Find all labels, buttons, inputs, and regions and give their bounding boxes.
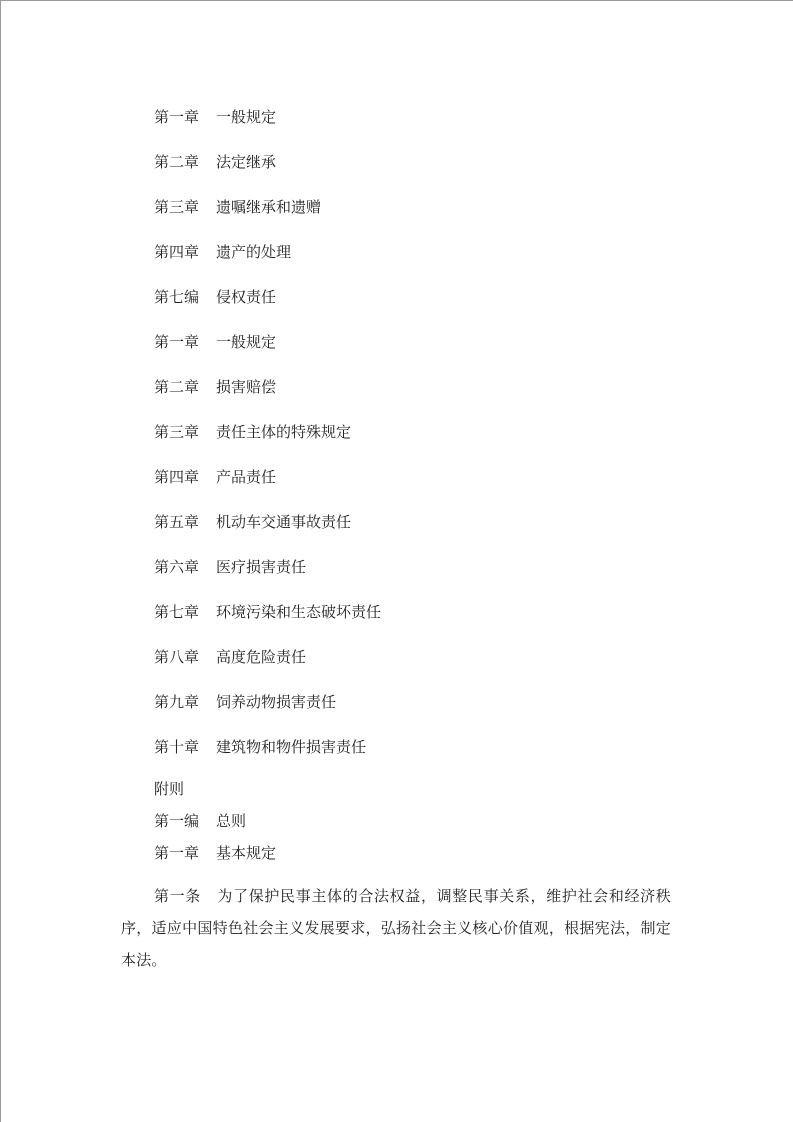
article-text: 为了保护民事主体的合法权益，调整民事关系，维护社会和经济秩序，适应中国特色社会主… [121,887,671,969]
article-number: 第一条 [154,887,201,905]
toc-item: 第十章建筑物和物件损害责任 [154,736,381,781]
toc-item: 第七章环境污染和生态破坏责任 [154,601,381,646]
toc-item: 第七编侵权责任 [154,286,381,331]
part-heading: 第一编总则 [154,810,276,842]
toc-item: 第九章饲养动物损害责任 [154,691,381,736]
chapter-heading: 第一章基本规定 [154,842,276,874]
toc-item: 第六章医疗损害责任 [154,556,381,601]
toc-item: 第四章遗产的处理 [154,241,381,286]
section-headings: 附则 第一编总则 第一章基本规定 [154,778,276,874]
toc-item: 第八章高度危险责任 [154,646,381,691]
toc-item: 第二章法定继承 [154,151,381,196]
document-page: 第一章一般规定 第二章法定继承 第三章遗嘱继承和遗赠 第四章遗产的处理 第七编侵… [0,0,793,1122]
table-of-contents: 第一章一般规定 第二章法定继承 第三章遗嘱继承和遗赠 第四章遗产的处理 第七编侵… [154,106,381,781]
toc-item: 第五章机动车交通事故责任 [154,511,381,556]
toc-item: 第一章一般规定 [154,106,381,151]
toc-item: 第二章损害赔偿 [154,376,381,421]
toc-item: 第一章一般规定 [154,331,381,376]
toc-item: 第三章责任主体的特殊规定 [154,421,381,466]
appendix-label: 附则 [154,778,276,810]
toc-item: 第四章产品责任 [154,466,381,511]
toc-item: 第三章遗嘱继承和遗赠 [154,196,381,241]
article-paragraph: 第一条为了保护民事主体的合法权益，调整民事关系，维护社会和经济秩序，适应中国特色… [121,880,671,976]
